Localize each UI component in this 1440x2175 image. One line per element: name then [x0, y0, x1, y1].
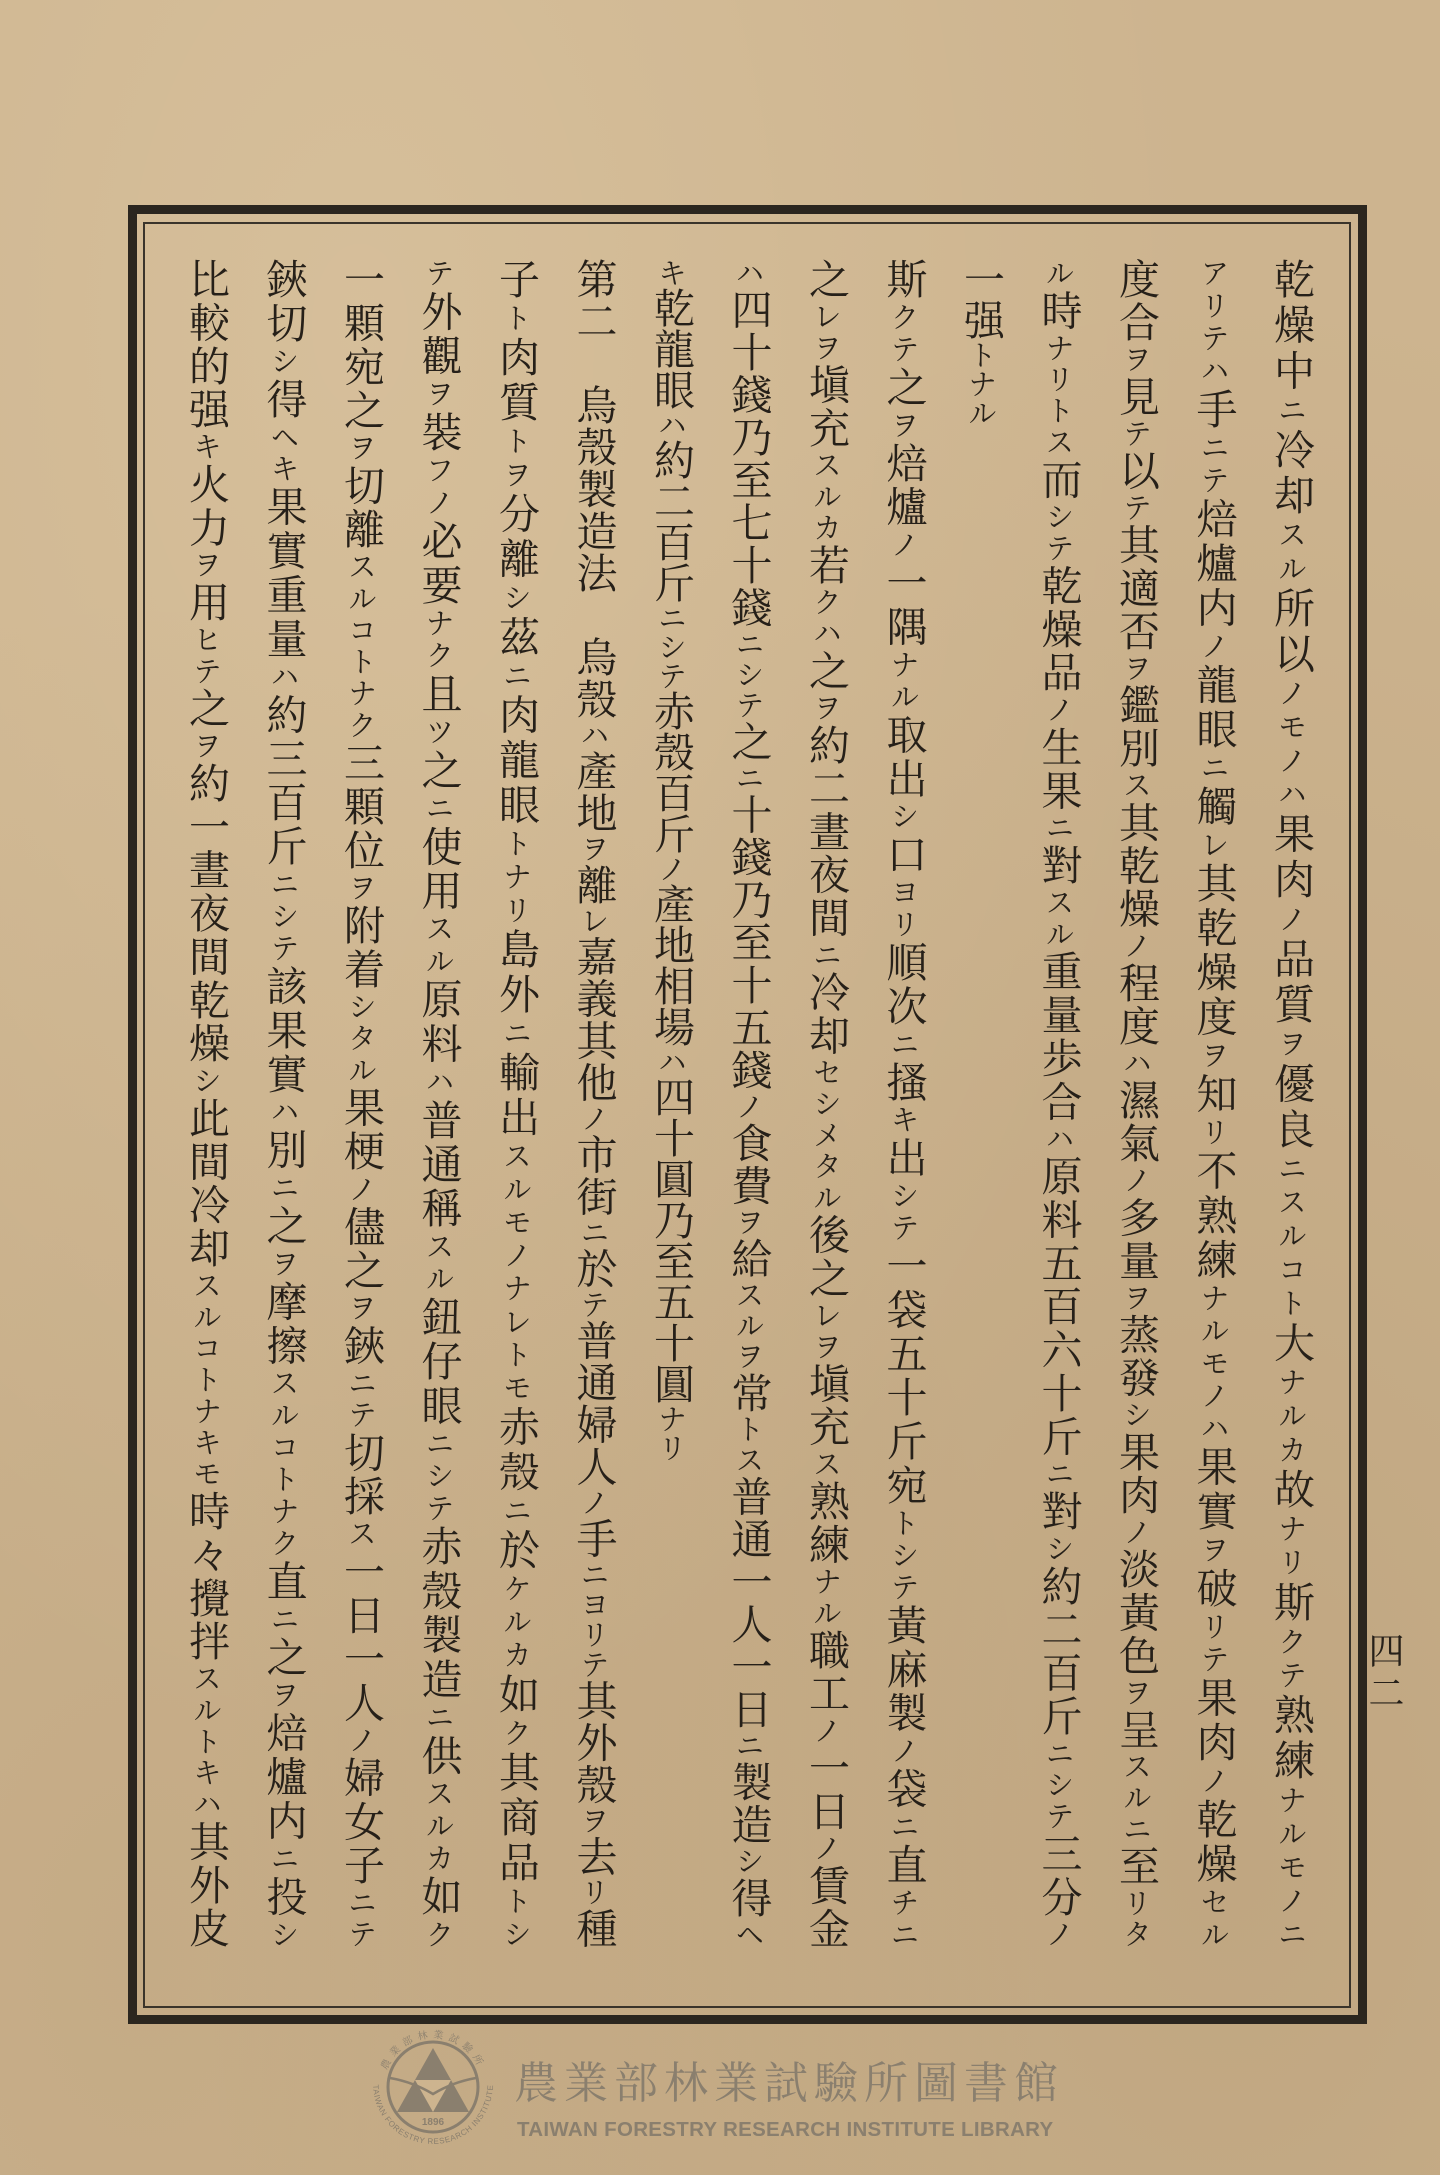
library-name-chinese: 農業部林業試驗所圖書館: [514, 2058, 1064, 2110]
library-name-english: TAIWAN FORESTRY RESEARCH INSTITUTE LIBRA…: [517, 2118, 1054, 2142]
text-column: 子ト肉質トヲ分離シ茲ニ肉龍眼トナリ島外ニ輸出スルモノナレトモ赤殼ニ於ケルカ如ク其…: [477, 258, 555, 1948]
text-column: 度合ヲ見テ以テ其適否ヲ鑑別ス其乾燥ノ程度ハ濕氣ノ多量ヲ蒸發シ果肉ノ淡黃色ヲ呈スル…: [1097, 258, 1175, 1948]
text-column: 斯クテ之ヲ焙爐ノ一隅ナル取出シ口ヨリ順次ニ搔キ出シテ一袋五十斤宛トシテ黃麻製ノ袋…: [864, 258, 942, 1948]
text-column: ル時ナリトス而シテ乾燥品ノ生果ニ對スル重量歩合ハ原料五百六十斤ニ對シ約二百斤ニシ…: [1019, 258, 1097, 1948]
text-column: 比較的强キ火力ヲ用ヒテ之ヲ約一晝夜間乾燥シ此間冷却スルコトナキモ時々攪拌スルトキ…: [167, 258, 245, 1948]
text-column: テ外觀ヲ裝フノ必要ナク且ツ之ニ使用スル原料ハ普通稱スル鈕仔眼ニシテ赤殼製造ニ供ス…: [399, 258, 477, 1948]
text-column: 之レヲ塡充スルカ若クハ之ヲ約二晝夜間ニ冷却セシメタル後之レヲ塡充ス熟練ナル職工ノ…: [787, 258, 865, 1948]
text-column: 鋏切シ得ヘキ果實重量ハ約三百斤ニシテ該果實ハ別ニ之ヲ摩擦スルコトナク直ニ之ヲ焙爐…: [244, 258, 322, 1948]
vertical-text-body: 乾燥中ニ冷却スル所以ノモノハ果肉ノ品質ヲ優良ニスルコト大ナルカ故ナリ斯クテ熟練ナ…: [166, 258, 1329, 1948]
logo-year: 1896: [422, 2117, 445, 2128]
text-column: 乾燥中ニ冷却スル所以ノモノハ果肉ノ品質ヲ優良ニスルコト大ナルカ故ナリ斯クテ熟練ナ…: [1252, 258, 1330, 1948]
text-column: ハ四十錢乃至七十錢ニシテ之ニ十錢乃至十五錢ノ食費ヲ給スルヲ常トス普通一人一日ニ製…: [709, 258, 787, 1948]
text-column-paragraph-end: 一强トナル: [942, 258, 1020, 1948]
library-logo-icon: 農業部林業試驗所 TAIWAN FORESTRY RESEARCH INSTIT…: [368, 2022, 498, 2152]
page-number: 四二: [1362, 1632, 1404, 1716]
text-column: アリテハ手ニテ焙爐内ノ龍眼ニ觸レ其乾燥度ヲ知リ不熟練ナルモノハ果實ヲ破リテ果肉ノ…: [1174, 258, 1252, 1948]
text-column: 一顆宛之ヲ切離スルコトナク三顆位ヲ附着シタル果梗ノ儘之ヲ鋏ニテ切採ス一日一人ノ婦…: [322, 258, 400, 1948]
section-heading-column: 第二 烏殼製造法 烏殼ハ產地ヲ離レ嘉義其他ノ市街ニ於テ普通婦人ノ手ニヨリテ其外殼…: [554, 258, 632, 1948]
text-column-paragraph-end: キ乾龍眼ハ約二百斤ニシテ赤殼百斤ノ產地相場ハ四十圓乃至五十圓ナリ: [632, 258, 710, 1948]
